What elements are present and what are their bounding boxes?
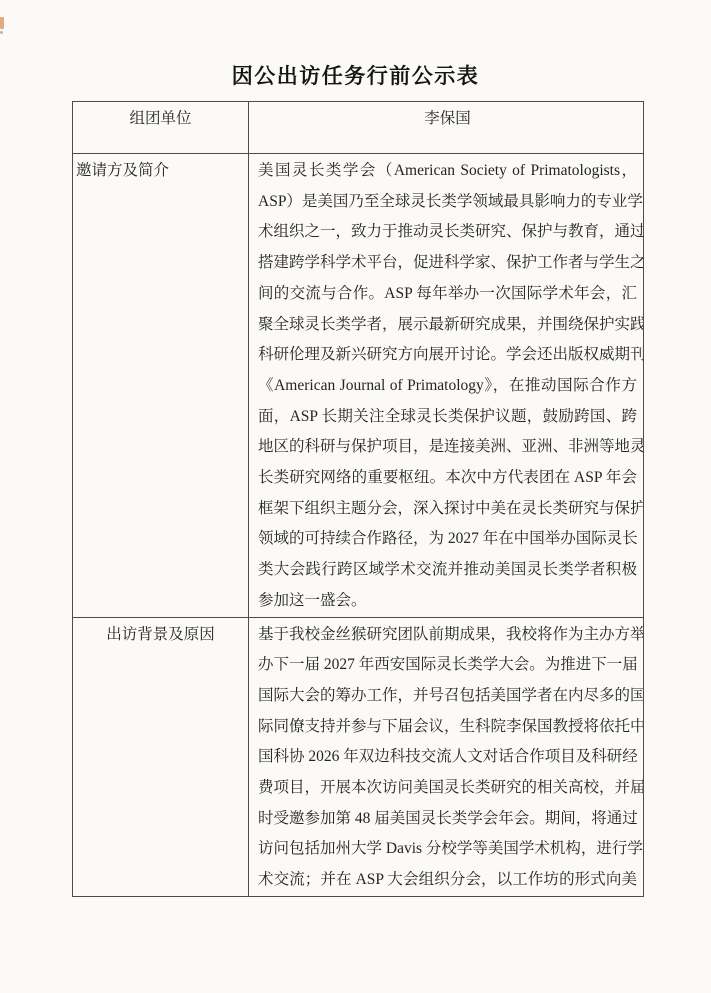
text-line: 术交流；并在 ASP 大会组织分会，以工作坊的形式向美 xyxy=(258,865,637,896)
text-line: 时受邀参加第 48 届美国灵长类学会年会。期间，将通过 xyxy=(258,804,637,835)
pretrip-disclosure-table: 组团单位 李保国 邀请方及简介 美国灵长类学会（American Society… xyxy=(72,101,644,897)
text-line: 访问包括加州大学 Davis 分校学等美国学术机构，进行学 xyxy=(258,834,637,865)
row-label-visit-background: 出访背景及原因 xyxy=(73,617,249,896)
text-line: ASP）是美国乃至全球灵长类学领域最具影响力的专业学 xyxy=(258,187,637,218)
text-line: 领域的可持续合作路径，为 2027 年在中国举办国际灵长 xyxy=(258,524,637,555)
row-value-inviter-intro: 美国灵长类学会（American Society of Primatologis… xyxy=(249,154,644,618)
text-line: 面，ASP 长期关注全球灵长类保护议题，鼓励跨国、跨 xyxy=(258,402,637,433)
text-line: 框架下组织主题分会，深入探讨中美在灵长类研究与保护 xyxy=(258,494,637,525)
text-line: 科研伦理及新兴研究方向展开讨论。学会还出版权威期刊 xyxy=(258,340,637,371)
text-line: 《American Journal of Primatology》，在推动国际合… xyxy=(258,371,637,402)
document-page: 因公出访任务行前公示表 组团单位 李保国 邀请方及简介 美国灵长类学会（Amer… xyxy=(0,0,711,993)
text-line: 际同僚支持并参与下届会议，生科院李保国教授将依托中 xyxy=(258,712,637,743)
scan-artifact-dot xyxy=(0,31,3,34)
text-line: 国科协 2026 年双边科技交流人文对话合作项目及科研经 xyxy=(258,742,637,773)
visit-background-text: 基于我校金丝猴研究团队前期成果，我校将作为主办方举办下一届 2027 年西安国际… xyxy=(258,620,637,896)
row-label-inviter-intro: 邀请方及简介 xyxy=(73,154,249,618)
text-line: 办下一届 2027 年西安国际灵长类学大会。为推进下一届 xyxy=(258,650,637,681)
text-line: 费项目，开展本次访问美国灵长类研究的相关高校，并届 xyxy=(258,773,637,804)
text-line: 长类研究网络的重要枢纽。本次中方代表团在 ASP 年会 xyxy=(258,463,637,494)
row-value-group-unit: 李保国 xyxy=(249,102,644,154)
text-line: 地区的科研与保护项目，是连接美洲、亚洲、非洲等地灵 xyxy=(258,432,637,463)
text-line: 聚全球灵长类学者，展示最新研究成果，并围绕保护实践、 xyxy=(258,310,637,341)
text-line: 术组织之一，致力于推动灵长类研究、保护与教育，通过 xyxy=(258,217,637,248)
text-line: 美国灵长类学会（American Society of Primatologis… xyxy=(258,156,637,187)
text-line: 类大会践行跨区域学术交流并推动美国灵长类学者积极 xyxy=(258,555,637,586)
scan-artifact-mark xyxy=(0,17,4,29)
table-row-visit-background: 出访背景及原因 基于我校金丝猴研究团队前期成果，我校将作为主办方举办下一届 20… xyxy=(73,617,644,896)
text-line: 搭建跨学科学术平台，促进科学家、保护工作者与学生之 xyxy=(258,248,637,279)
page-title: 因公出访任务行前公示表 xyxy=(0,60,711,90)
text-line: 参加这一盛会。 xyxy=(258,586,637,617)
text-line: 间的交流与合作。ASP 每年举办一次国际学术年会，汇 xyxy=(258,279,637,310)
text-line: 基于我校金丝猴研究团队前期成果，我校将作为主办方举 xyxy=(258,620,637,651)
table-row-group-unit: 组团单位 李保国 xyxy=(73,102,644,154)
table-row-inviter-intro: 邀请方及简介 美国灵长类学会（American Society of Prima… xyxy=(73,154,644,618)
row-value-visit-background: 基于我校金丝猴研究团队前期成果，我校将作为主办方举办下一届 2027 年西安国际… xyxy=(249,617,644,896)
inviter-intro-text: 美国灵长类学会（American Society of Primatologis… xyxy=(258,156,637,617)
row-label-group-unit: 组团单位 xyxy=(73,102,249,154)
text-line: 国际大会的筹办工作，并号召包括美国学者在内尽多的国 xyxy=(258,681,637,712)
